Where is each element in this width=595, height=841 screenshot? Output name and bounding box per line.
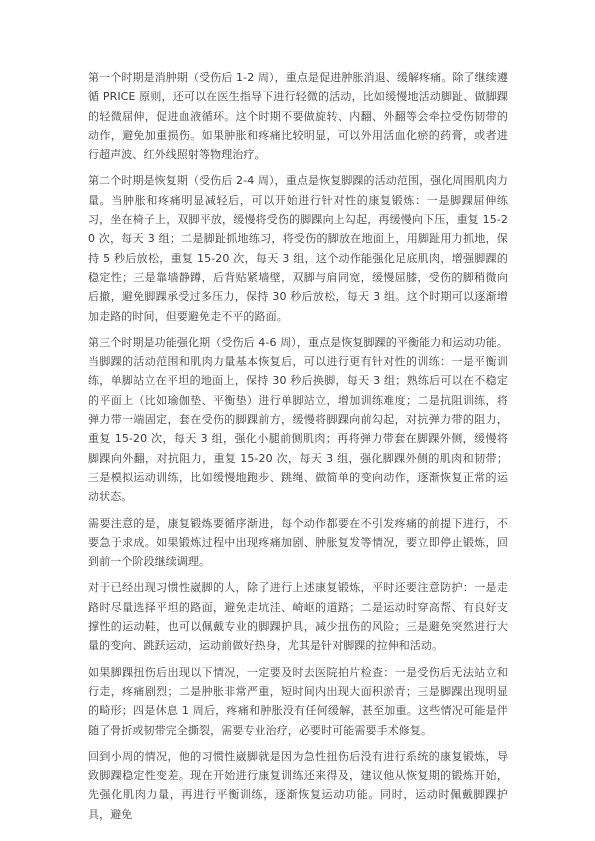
- paragraph-recovery-phase: 第二个时期是恢复期（受伤后 2-4 周），重点是恢复脚踝的活动范围，强化周围肌肉…: [88, 171, 508, 325]
- document-page: 第一个时期是消肿期（受伤后 1-2 周），重点是促进肿胀消退、缓解疼痛。除了继续…: [0, 0, 595, 841]
- paragraph-precautions: 需要注意的是，康复锻炼要循序渐进，每个动作都要在不引发疼痛的前提下进行，不要急于…: [88, 514, 508, 572]
- paragraph-xiaozhou-case-advice: 回到小周的情况，他的习惯性崴脚就是因为急性扭伤后没有进行系统的康复锻炼，导致脚踝…: [88, 747, 508, 824]
- paragraph-habitual-sprain-protection: 对于已经出现习惯性崴脚的人，除了进行上述康复锻炼，平时还要注意防护：一是走路时尽…: [88, 578, 508, 655]
- paragraph-function-strengthening-phase: 第三个时期是功能强化期（受伤后 4-6 周），重点是恢复脚踝的平衡能力和运动功能…: [88, 333, 508, 507]
- paragraph-swelling-reduction-phase: 第一个时期是消肿期（受伤后 1-2 周），重点是促进肿胀消退、缓解疼痛。除了继续…: [88, 68, 508, 164]
- paragraph-hospital-warning-signs: 如果脚踝扭伤后出现以下情况，一定要及时去医院拍片检查：一是受伤后无法站立和行走，…: [88, 663, 508, 740]
